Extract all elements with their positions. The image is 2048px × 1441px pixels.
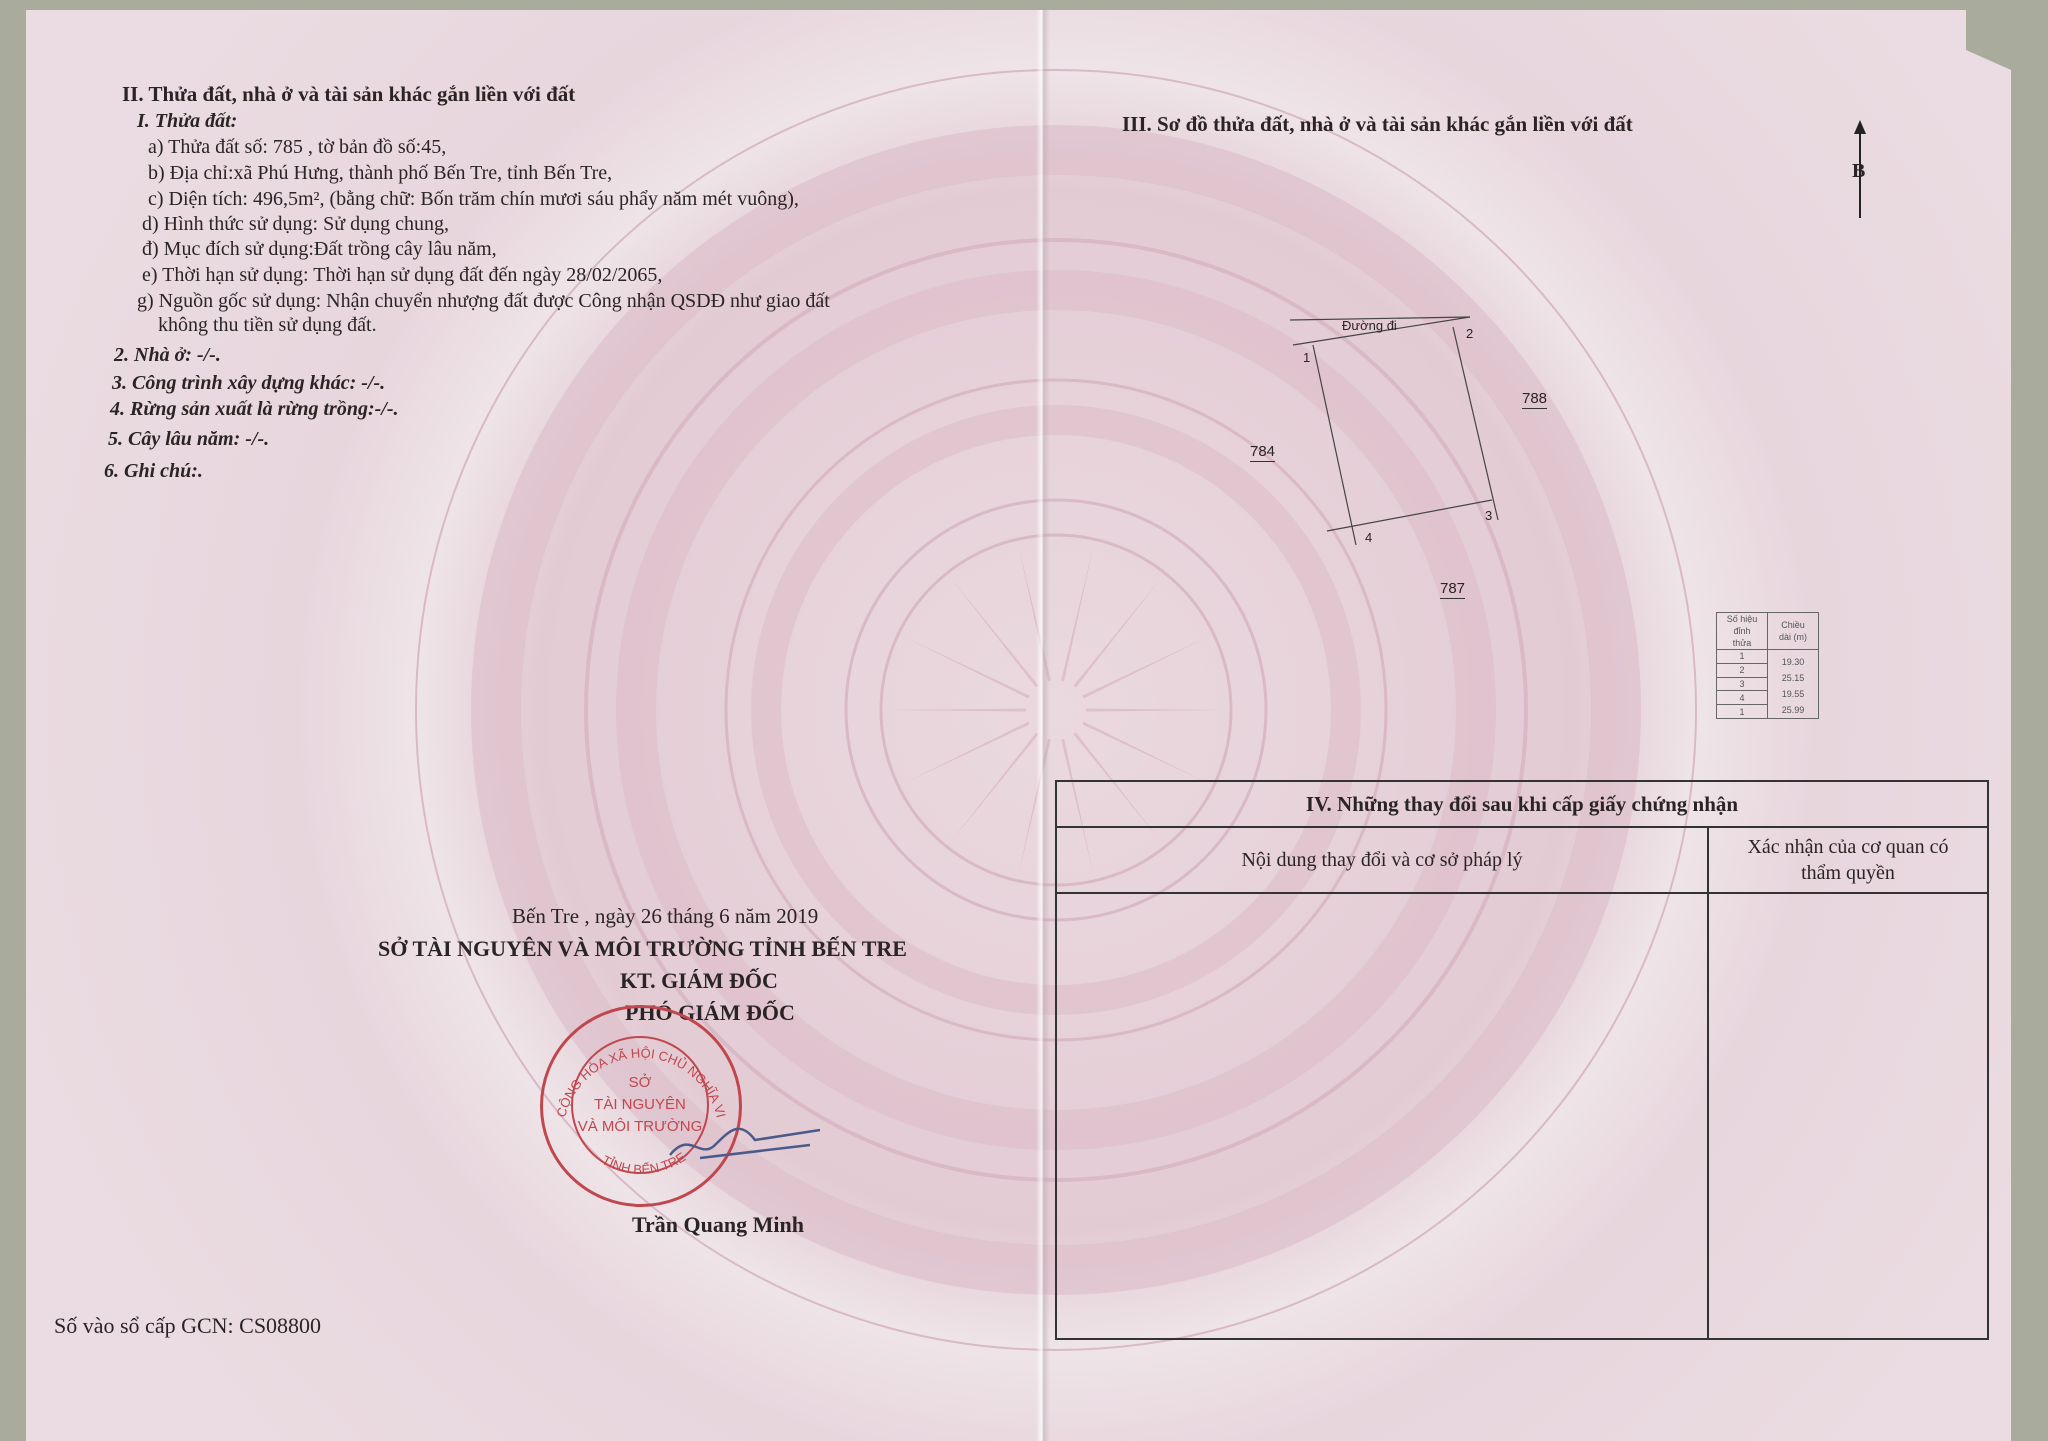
usage-purpose: đ) Mục đích sử dụng:Đất trồng cây lâu nă… bbox=[142, 238, 497, 261]
length-4-1: 25.99 bbox=[1774, 702, 1812, 718]
usage-origin: g) Nguồn gốc sử dụng: Nhận chuyển nhượng… bbox=[137, 290, 830, 313]
vertex-2: 2 bbox=[1466, 326, 1473, 341]
house-info: 2. Nhà ở: -/-. bbox=[114, 344, 221, 367]
signature-scribble bbox=[660, 1110, 830, 1170]
vertex-3: 3 bbox=[1485, 508, 1492, 523]
col-length: Chiều dài (m) bbox=[1768, 613, 1819, 650]
neighbor-east: 788 bbox=[1522, 390, 1547, 409]
perennial-trees: 5. Cây lâu năm: -/-. bbox=[108, 428, 269, 451]
signer-name: Trần Quang Minh bbox=[632, 1212, 804, 1238]
plantation-forest: 4. Rừng sản xuất là rừng trồng:-/-. bbox=[110, 398, 398, 421]
changes-content-header: Nội dung thay đổi và cơ sở pháp lý bbox=[1057, 828, 1707, 894]
notes: 6. Ghi chú:. bbox=[104, 460, 203, 483]
registry-number: Số vào sổ cấp GCN: CS08800 bbox=[54, 1313, 321, 1339]
table-row: 4 bbox=[1717, 691, 1768, 705]
signer-role: KT. GIÁM ĐỐC bbox=[620, 968, 778, 994]
table-row: 2 bbox=[1717, 663, 1768, 677]
authority-confirmation-column: Xác nhận của cơ quan có thẩm quyền bbox=[1709, 828, 1987, 1338]
section2-heading: II. Thửa đất, nhà ở và tài sản khác gắn … bbox=[122, 82, 575, 107]
parcel-diagram bbox=[1230, 300, 1630, 600]
page-fold bbox=[1036, 10, 1050, 1441]
length-2-3: 25.15 bbox=[1774, 670, 1812, 686]
issuing-agency: SỞ TÀI NGUYÊN VÀ MÔI TRƯỜNG TỈNH BẾN TRE bbox=[378, 936, 907, 962]
authority-confirmation-header: Xác nhận của cơ quan có thẩm quyền bbox=[1709, 828, 1987, 894]
parcel-area: c) Diện tích: 496,5m², (bằng chữ: Bốn tr… bbox=[148, 188, 799, 211]
issue-date: Bến Tre , ngày 26 tháng 6 năm 2019 bbox=[512, 904, 818, 929]
changes-content-column: Nội dung thay đổi và cơ sở pháp lý bbox=[1057, 828, 1709, 1338]
col-vertex: Số hiệu đỉnh thửa bbox=[1717, 613, 1768, 650]
section3-heading: III. Sơ đồ thửa đất, nhà ở và tài sản kh… bbox=[1122, 112, 1633, 137]
vertex-4: 4 bbox=[1365, 530, 1372, 545]
parcel-address: b) Địa chỉ:xã Phú Hưng, thành phố Bến Tr… bbox=[148, 162, 612, 185]
seal-line-1: SỞ bbox=[629, 1072, 652, 1094]
other-construction: 3. Công trình xây dựng khác: -/-. bbox=[112, 372, 385, 395]
table-row: 3 bbox=[1717, 677, 1768, 691]
official-seal: CỘNG HÒA XÃ HỘI CHỦ NGHĨA VIỆT NAM TỈNH … bbox=[540, 1005, 742, 1207]
parcel-number: a) Thửa đất số: 785 , tờ bản đồ số:45, bbox=[148, 136, 446, 159]
usage-form: d) Hình thức sử dụng: Sử dụng chung, bbox=[142, 213, 449, 236]
table-row: 1 bbox=[1717, 705, 1768, 719]
vertex-length-table: Số hiệu đỉnh thửaChiều dài (m) 1 19.30 2… bbox=[1716, 612, 1819, 719]
neighbor-west: 784 bbox=[1250, 443, 1275, 462]
north-label: B bbox=[1852, 160, 1865, 183]
road-label: Đường đi bbox=[1342, 318, 1397, 333]
length-1-2: 19.30 bbox=[1774, 654, 1812, 670]
vertex-1: 1 bbox=[1303, 350, 1310, 365]
table-row: 1 bbox=[1717, 650, 1768, 664]
section2-subheading: I. Thửa đất: bbox=[137, 110, 237, 133]
usage-origin-cont: không thu tiền sử dụng đất. bbox=[158, 314, 377, 337]
neighbor-south: 787 bbox=[1440, 580, 1465, 599]
length-3-4: 19.55 bbox=[1774, 686, 1812, 702]
usage-term: e) Thời hạn sử dụng: Thời hạn sử dụng đấ… bbox=[142, 264, 662, 287]
section4-title: IV. Những thay đổi sau khi cấp giấy chứn… bbox=[1057, 782, 1987, 828]
changes-table: IV. Những thay đổi sau khi cấp giấy chứn… bbox=[1055, 780, 1989, 1340]
